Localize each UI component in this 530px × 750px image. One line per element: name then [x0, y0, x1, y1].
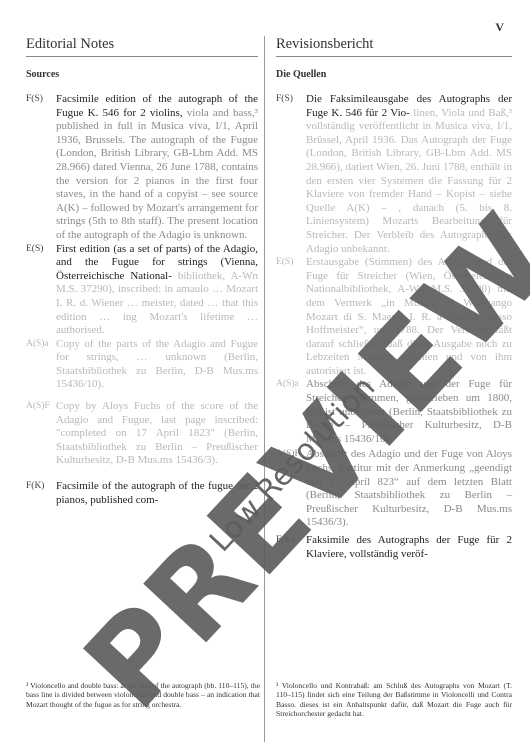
- entry-text-faded: Copy of the parts of the Adagio and Fugu…: [56, 338, 258, 392]
- entry-text-faded: Copy by Aloys Fuchs of the score of the …: [56, 400, 258, 468]
- column-divider: [264, 36, 265, 742]
- source-siglum: F(K): [26, 480, 56, 507]
- source-siglum: F(S): [26, 93, 56, 243]
- source-siglum: E(S): [276, 256, 306, 378]
- source-entry: A(S)a Abschrift des Adagio und der Fuge …: [276, 378, 512, 446]
- source-siglum: A(S)a: [26, 338, 56, 392]
- footnote-english: ³ Violoncello and double bass: at the en…: [26, 681, 260, 709]
- entry-text-faded: Abschrift des Adagio und der Fuge von Al…: [306, 448, 512, 530]
- column-english: Editorial Notes Sources F(S) Facsimile e…: [26, 36, 258, 507]
- source-siglum: F(S): [276, 93, 306, 256]
- heading-revisionsbericht: Revisionsbericht: [276, 36, 512, 57]
- source-entry: F(K) Faksimile des Autographs der Fuge f…: [276, 534, 512, 561]
- source-entry: E(S) First edition (as a set of parts) o…: [26, 243, 258, 338]
- source-siglum: F(K): [276, 534, 306, 561]
- source-siglum: A(S)F: [26, 400, 56, 468]
- entry-text-faded: Erstausgabe (Stimmen) des Adagio und der…: [306, 256, 512, 378]
- source-siglum: A(S)a: [276, 378, 306, 446]
- source-entry: F(S) Facsimile edition of the autograph …: [26, 93, 258, 243]
- subheading-die-quellen: Die Quellen: [276, 69, 512, 80]
- source-entry: F(K) Facsimile of the autograph of the f…: [26, 480, 258, 507]
- heading-editorial-notes: Editorial Notes: [26, 36, 258, 57]
- source-entry: A(S)a Copy of the parts of the Adagio an…: [26, 338, 258, 392]
- source-entry: A(S)F Copy by Aloys Fuchs of the score o…: [26, 400, 258, 468]
- source-siglum: E(S): [26, 243, 56, 338]
- entry-text: Faksimile des Autographs der Fuge für 2 …: [306, 534, 512, 561]
- subheading-sources: Sources: [26, 69, 258, 80]
- source-entry: A(S)F Abschrift des Adagio und der Fuge …: [276, 448, 512, 530]
- entry-text-faded: viola and bass,³ published in full in Mu…: [56, 107, 258, 241]
- source-siglum: A(S)F: [276, 448, 306, 530]
- footnote-german: ³ Violoncello und Kontrabaß: am Schluß d…: [276, 681, 512, 719]
- entry-text: Facsimile of the autograph of the fugue …: [56, 480, 258, 507]
- source-entry: F(S) Die Faksimileausgabe des Autographs…: [276, 93, 512, 256]
- source-entry: E(S) Erstausgabe (Stimmen) des Adagio un…: [276, 256, 512, 378]
- entry-text-faded: Abschrift des Adagio und der Fuge für St…: [306, 378, 512, 446]
- page-number: V: [495, 20, 504, 35]
- entry-text-faded: linen, Viola und Baß,³ vollständig veröf…: [306, 107, 512, 255]
- column-german: Revisionsbericht Die Quellen F(S) Die Fa…: [276, 36, 512, 561]
